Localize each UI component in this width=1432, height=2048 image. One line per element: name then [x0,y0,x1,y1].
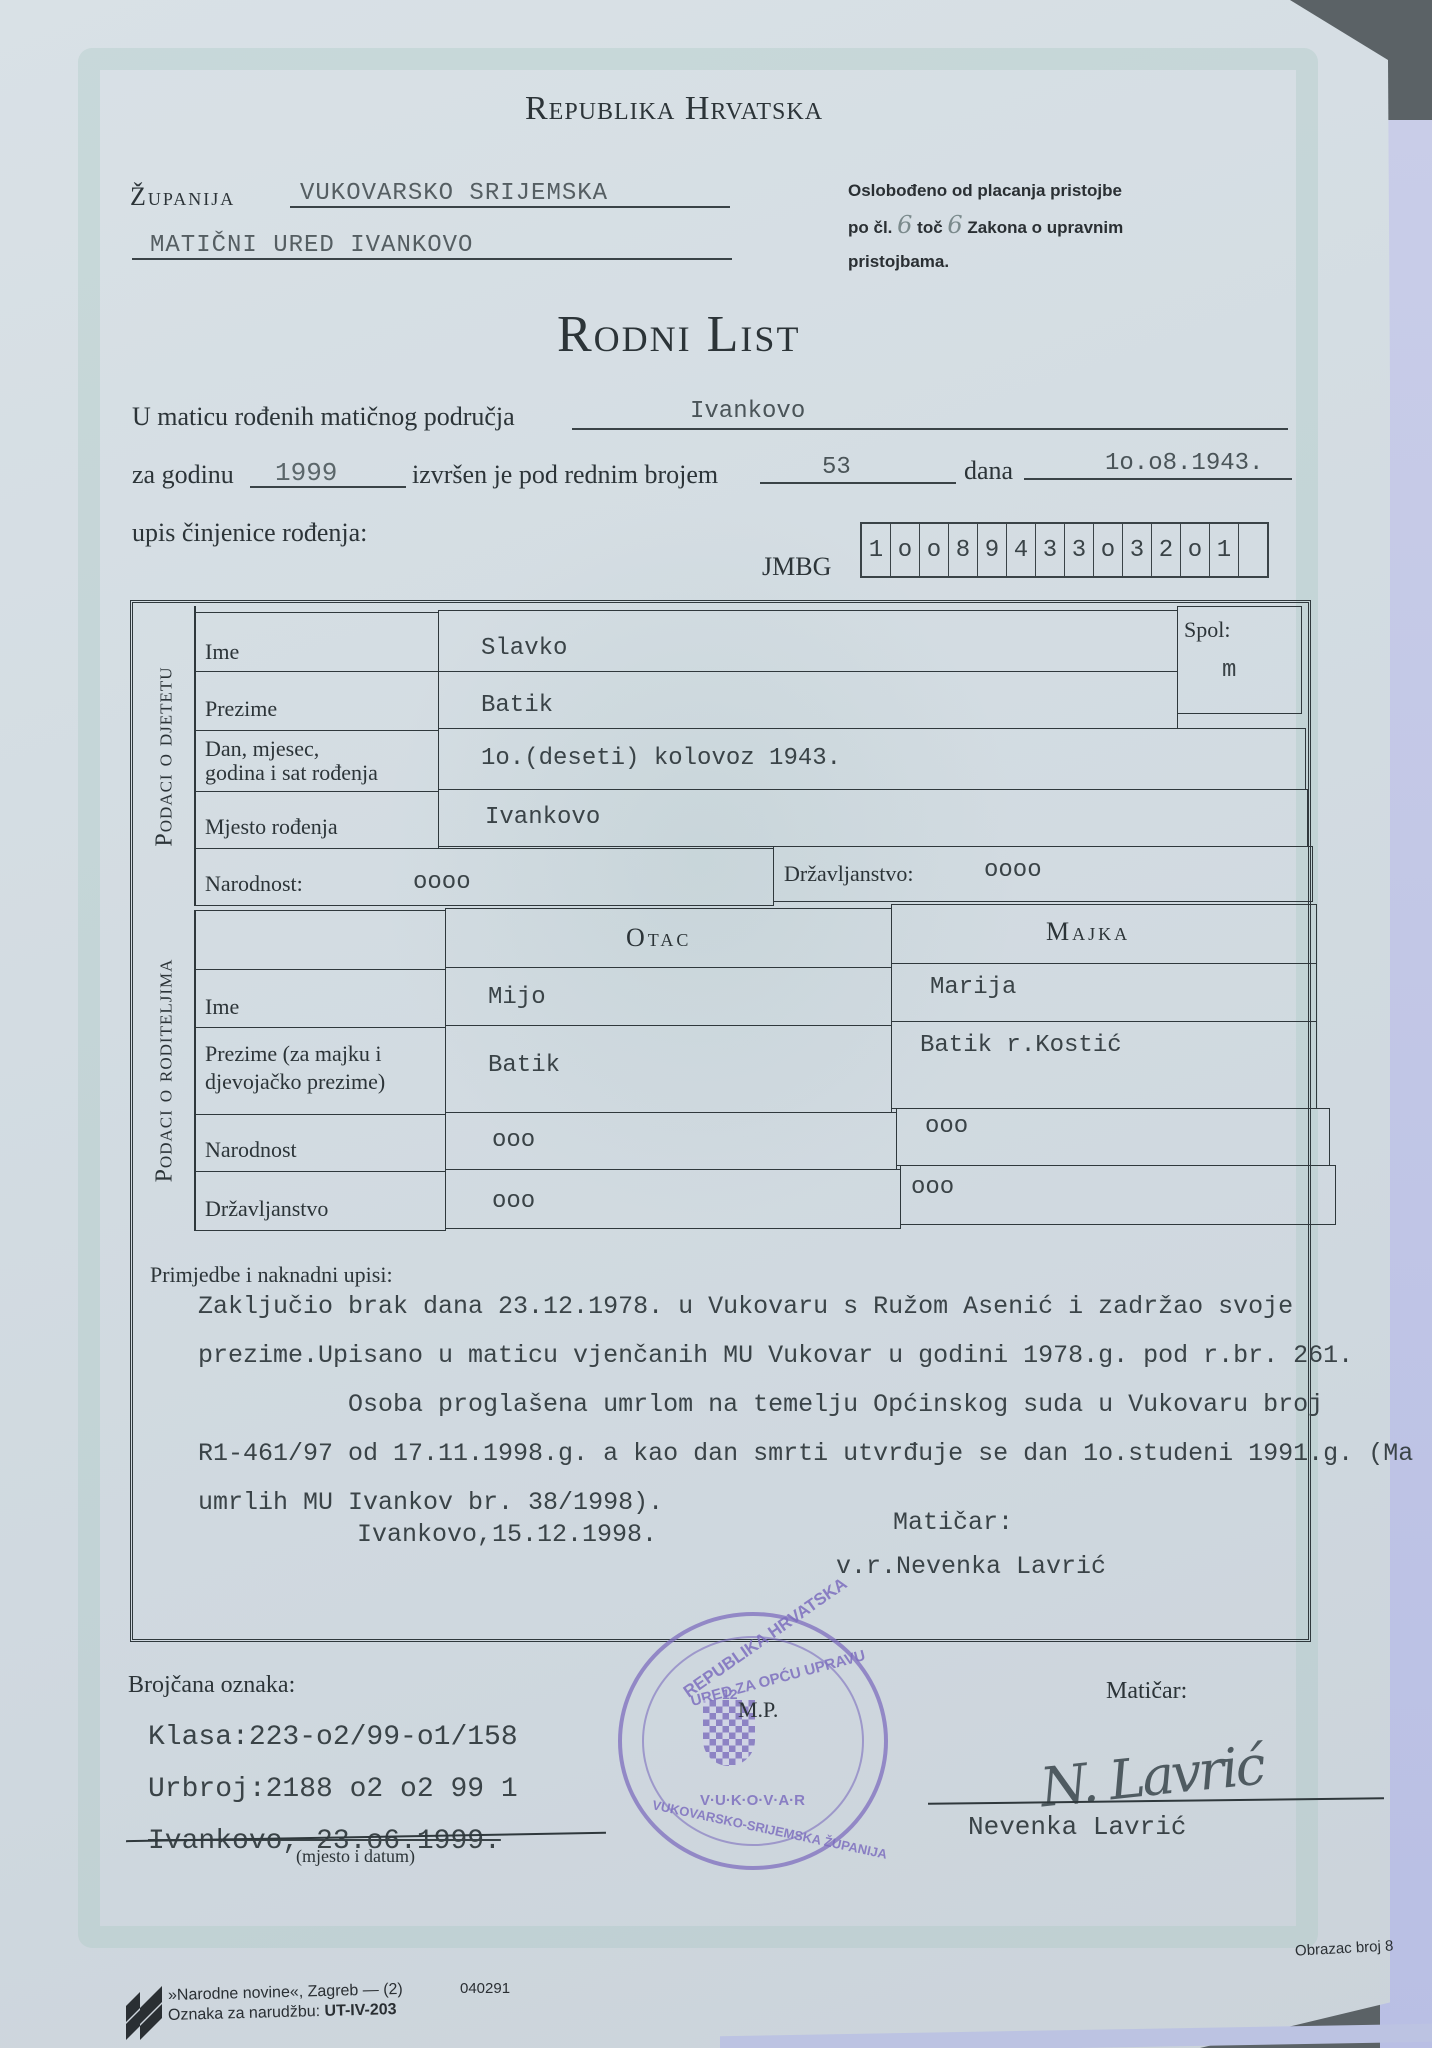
stamp-city: V·U·K·O·V·A·R [700,1792,805,1809]
county-value: VUKOVARSKO SRIJEMSKA [300,180,608,207]
area-value: Ivankovo [690,398,805,425]
jmbg-digit: 3 [1065,524,1094,576]
child-nationality: oooo [413,869,471,896]
narodne-novine-logo-icon [126,1978,162,2040]
jmbg-digit [1239,524,1267,576]
mother-nationality-cell: ooo [896,1108,1330,1166]
remarks-text: Zaključio brak dana 23.12.1978. u Vukova… [198,1282,1413,1527]
father-citizenship: ooo [492,1188,535,1215]
jmbg-digit: o [1181,524,1210,576]
father-lastname-cell: Batik [445,1025,892,1113]
number-underline [760,482,956,484]
jmbg-digit: 1 [862,524,891,576]
year-value: 1999 [275,458,337,488]
reference-label: Brojčana oznaka: [128,1672,295,1699]
child-birth-date: 1o.(deseti) kolovoz 1943. [481,745,841,772]
klasa-value: Klasa:223-o2/99-o1/158 [148,1722,518,1753]
mother-first-name: Marija [930,974,1016,1001]
child-first-name: Slavko [481,635,567,662]
mother-firstname-cell: Marija [891,963,1317,1022]
place-date-caption: (mjesto i datum) [296,1846,415,1867]
mother-lastname-cell: Batik r.Kostić [891,1021,1317,1109]
mother-nationality: ooo [925,1113,968,1140]
registrar-label: Matičar: [1106,1678,1187,1705]
year-label: za godinu [132,460,234,490]
republic-heading: Republika Hrvatska [525,90,823,128]
mother-last-name: Batik r.Kostić [920,1032,1122,1059]
remarks-registrar-label: Matičar: [893,1508,1013,1537]
birthplace-cell: Ivankovo [438,789,1308,847]
jmbg-digit: o [1094,524,1123,576]
mother-header-cell: Majka [891,904,1317,964]
birthdate-label-cell: Dan, mjesec,godina i sat rođenja [194,730,439,792]
jmbg-digit: 8 [949,524,978,576]
date-label: dana [964,456,1013,486]
jmbg-digit: 4 [1007,524,1036,576]
article-number: 6 [897,211,912,239]
child-citizenship: oooo [984,857,1042,884]
print-code: 040291 [460,1980,510,1997]
child-sex: m [1222,657,1236,684]
registry-office-value: MATIČNI URED IVANKOVO [150,232,473,259]
father-header-cell: Otac [445,908,892,968]
child-last-name: Batik [481,692,553,719]
child-firstname-cell: Slavko [438,610,1178,672]
sex-cell: Spol: m [1177,606,1302,714]
document-title: Rodni List [557,305,800,364]
child-lastname-cell: Batik [438,671,1178,729]
urbroj-value: Urbroj:2188 o2 o2 99 1 [148,1774,518,1805]
date-underline [1024,478,1292,480]
fee-exemption-note: Oslobođeno od placanja pristojbe po čl. … [848,174,1188,279]
parent-lastname-label-cell: Prezime (za majku idjevojačko prezime) [194,1027,446,1115]
number-label: izvršen je pod rednim brojem [412,460,718,490]
child-firstname-label-cell: Ime [194,612,439,672]
area-underline [572,428,1288,430]
birthplace-label-cell: Mjesto rođenja [194,791,439,849]
remarks-place-date: Ivankovo,15.12.1998. [357,1520,657,1549]
county-label: Županija [130,182,235,212]
jmbg-label: JMBG [762,552,831,582]
jmbg-digit: o [920,524,949,576]
father-firstname-cell: Mijo [445,967,892,1026]
parent-nationality-label-cell: Narodnost [194,1114,446,1172]
remarks-registrar-name: v.r.Nevenka Lavrić [836,1552,1106,1581]
father-nationality-cell: ooo [445,1112,897,1170]
child-section-label: Podaci o djetetu [136,606,196,906]
point-number: 6 [947,211,962,239]
jmbg-digit: o [891,524,920,576]
stamp-mp-label: M.P. [738,1697,778,1723]
parent-citizenship-label-cell: Državljanstvo [194,1171,446,1231]
birthdate-cell: 1o.(deseti) kolovoz 1943. [438,728,1306,790]
parents-header-empty [194,910,446,970]
jmbg-digit: 1 [1210,524,1239,576]
area-label: U maticu rođenih matičnog područja [132,402,515,432]
jmbg-digit: 3 [1036,524,1065,576]
registrar-name: Nevenka Lavrić [968,1812,1186,1842]
father-nationality: ooo [492,1127,535,1154]
nationality-cell: Narodnost: oooo [194,848,774,906]
child-birth-place: Ivankovo [485,804,600,831]
citizenship-cell: Državljanstvo: oooo [773,846,1313,902]
registration-date-value: 1o.o8.1943. [1105,450,1263,477]
jmbg-digit: 2 [1152,524,1181,576]
exemption-line-2: po čl. 6 toč 6 Zakona o upravnim [848,208,1188,245]
exemption-line-1: Oslobođeno od placanja pristojbe [848,174,1188,208]
father-first-name: Mijo [488,984,546,1011]
jmbg-digit: 3 [1123,524,1152,576]
father-last-name: Batik [488,1052,560,1079]
exemption-line-3: pristojbama. [848,245,1188,279]
fact-label: upis činjenice rođenja: [132,518,367,548]
jmbg-boxes: 1oo89433o32o1 [860,522,1269,578]
parents-section-label: Podaci o roditeljima [136,910,196,1230]
father-citizenship-cell: ooo [445,1169,901,1229]
mother-citizenship: ooo [911,1174,954,1201]
mother-citizenship-cell: ooo [900,1165,1336,1225]
register-number-value: 53 [822,454,851,481]
parent-firstname-label-cell: Ime [194,969,446,1028]
jmbg-digit: 9 [978,524,1007,576]
child-lastname-label-cell: Prezime [194,671,439,731]
order-code: UT-IV-203 [324,2001,396,2020]
